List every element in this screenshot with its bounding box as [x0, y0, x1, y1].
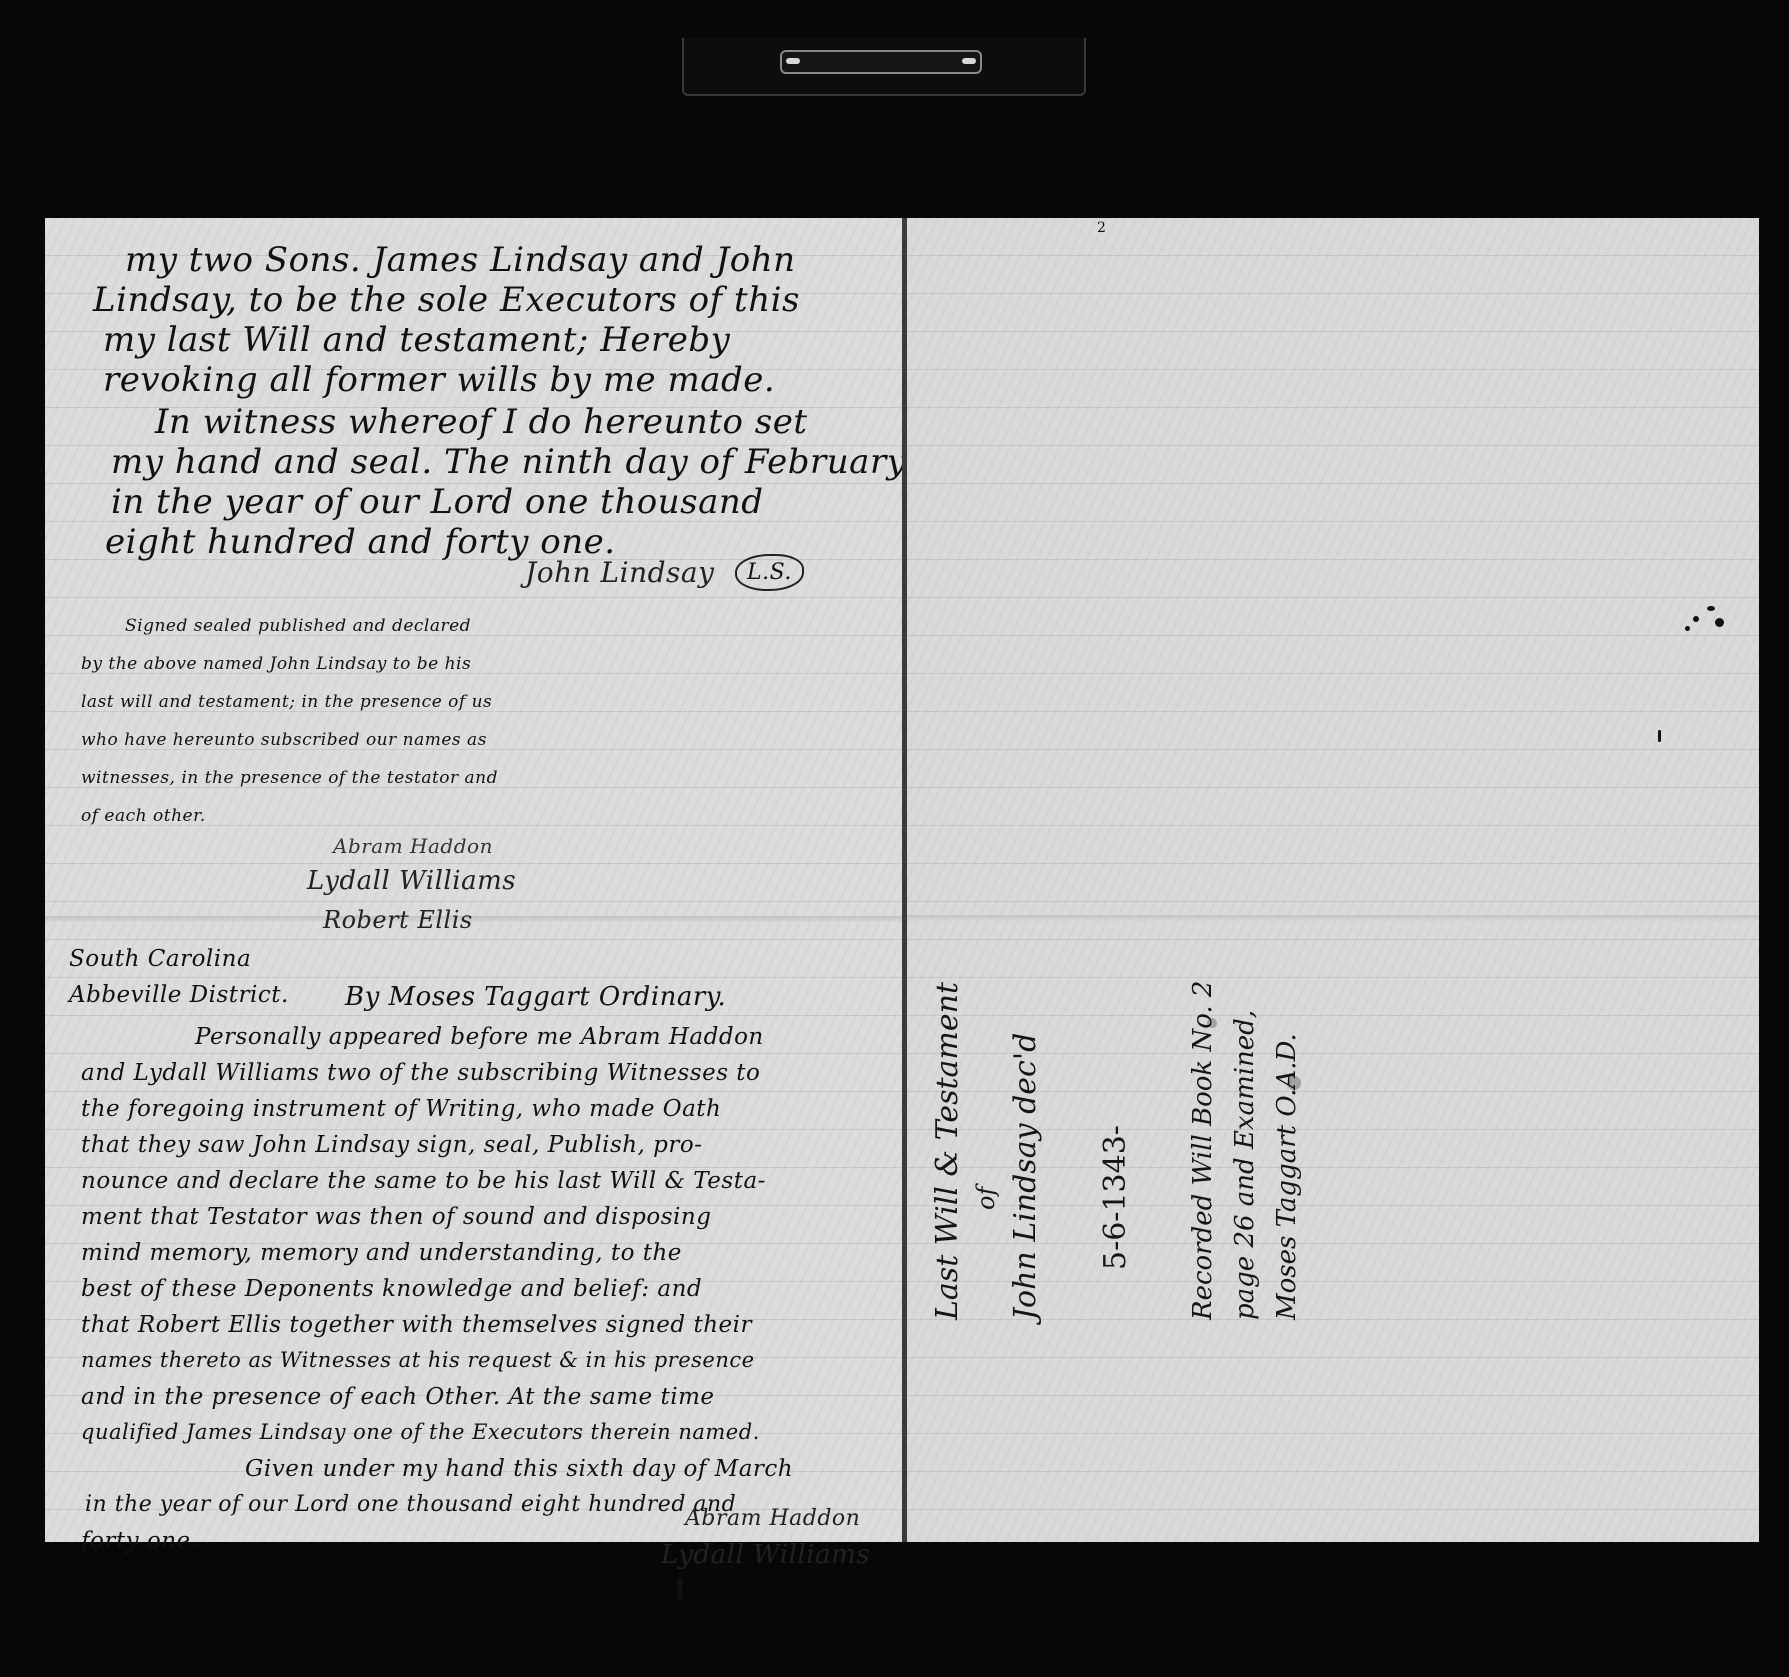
attestation-line: who have hereunto subscribed our names a… [81, 730, 487, 750]
binder-clip-icon [780, 50, 982, 74]
right-page: 2 [907, 218, 1759, 1542]
affidavit-line: best of these Deponents knowledge and be… [81, 1276, 702, 1302]
ink-mark [677, 1578, 682, 1600]
page-mark: 2 [1097, 220, 1106, 236]
affidavit-line: qualified James Lindsay one of the Execu… [81, 1420, 760, 1444]
affidavit-heading: By Moses Taggart Ordinary. [345, 982, 726, 1012]
will-line: In witness whereof I do hereunto set [155, 402, 808, 442]
will-line: my hand and seal. The ninth day of Febru… [111, 442, 906, 482]
left-page: my two Sons. James Lindsay and John Lind… [45, 218, 903, 1542]
affidavit-line: that they saw John Lindsay sign, seal, P… [81, 1132, 703, 1158]
will-line: Lindsay, to be the sole Executors of thi… [93, 280, 800, 320]
affidavit-line: names thereto as Witnesses at his reques… [81, 1348, 755, 1372]
will-line: my last Will and testament; Hereby [103, 320, 730, 360]
attestation-line: by the above named John Lindsay to be hi… [81, 654, 471, 674]
ink-blot [1693, 616, 1699, 622]
affidavit-line: the foregoing instrument of Writing, who… [81, 1096, 721, 1122]
witness-signature: Abram Haddon [333, 834, 493, 858]
affidavit-line: mind memory, memory and understanding, t… [81, 1240, 682, 1266]
endorsement-docket: Last Will & Testament of John Lindsay de… [930, 930, 1450, 1320]
fold-crease [907, 915, 1759, 921]
case-number: 5-6-1343- [1098, 970, 1133, 1270]
ink-blot [1658, 730, 1661, 742]
endorsement-line: of [972, 1150, 1000, 1210]
fold-crease [45, 916, 903, 922]
affidavit-line: nounce and declare the same to be his la… [81, 1168, 766, 1194]
attestation-line: last will and testament; in the presence… [81, 692, 492, 712]
testator-signature: John Lindsay [525, 556, 714, 589]
will-line: my two Sons. James Lindsay and John [125, 240, 796, 280]
affidavit-line: forty one. [81, 1528, 198, 1554]
attestation-line: of each other. [81, 806, 206, 826]
attestation-line: Signed sealed published and declared [125, 616, 471, 636]
endorsement-line: Recorded Will Book No. 2 [1188, 930, 1218, 1320]
endorsement-line: Moses Taggart O.A.D. [1272, 930, 1302, 1320]
affidavit-district: Abbeville District. [69, 982, 289, 1008]
affidavit-signature: Lydall Williams [661, 1540, 870, 1570]
will-line: revoking all former wills by me made. [103, 360, 775, 400]
affidavit-state: South Carolina [69, 946, 251, 972]
affidavit-line: and Lydall Williams two of the subscribi… [81, 1060, 760, 1086]
ink-blot [1685, 626, 1690, 631]
witness-signature: Robert Ellis [323, 906, 473, 934]
affidavit-line: that Robert Ellis together with themselv… [81, 1312, 752, 1338]
endorsement-line: page 26 and Examined, [1230, 930, 1260, 1320]
affidavit-line: in the year of our Lord one thousand eig… [85, 1492, 736, 1517]
will-line: in the year of our Lord one thousand [111, 482, 764, 522]
affidavit-line: Given under my hand this sixth day of Ma… [245, 1456, 793, 1482]
endorsement-line: Last Will & Testament [930, 930, 965, 1320]
affidavit-line: and in the presence of each Other. At th… [81, 1384, 715, 1410]
attestation-line: witnesses, in the presence of the testat… [81, 768, 498, 788]
ink-blot [1707, 606, 1715, 611]
affidavit-signature: Abram Haddon [685, 1506, 860, 1531]
witness-signature: Lydall Williams [307, 866, 516, 896]
ink-blot [1715, 618, 1724, 627]
affidavit-line: Personally appeared before me Abram Hadd… [195, 1024, 764, 1050]
endorsement-line: John Lindsay dec'd [1008, 930, 1043, 1320]
affidavit-line: ment that Testator was then of sound and… [81, 1204, 711, 1230]
seal-mark: L.S. [735, 554, 804, 591]
